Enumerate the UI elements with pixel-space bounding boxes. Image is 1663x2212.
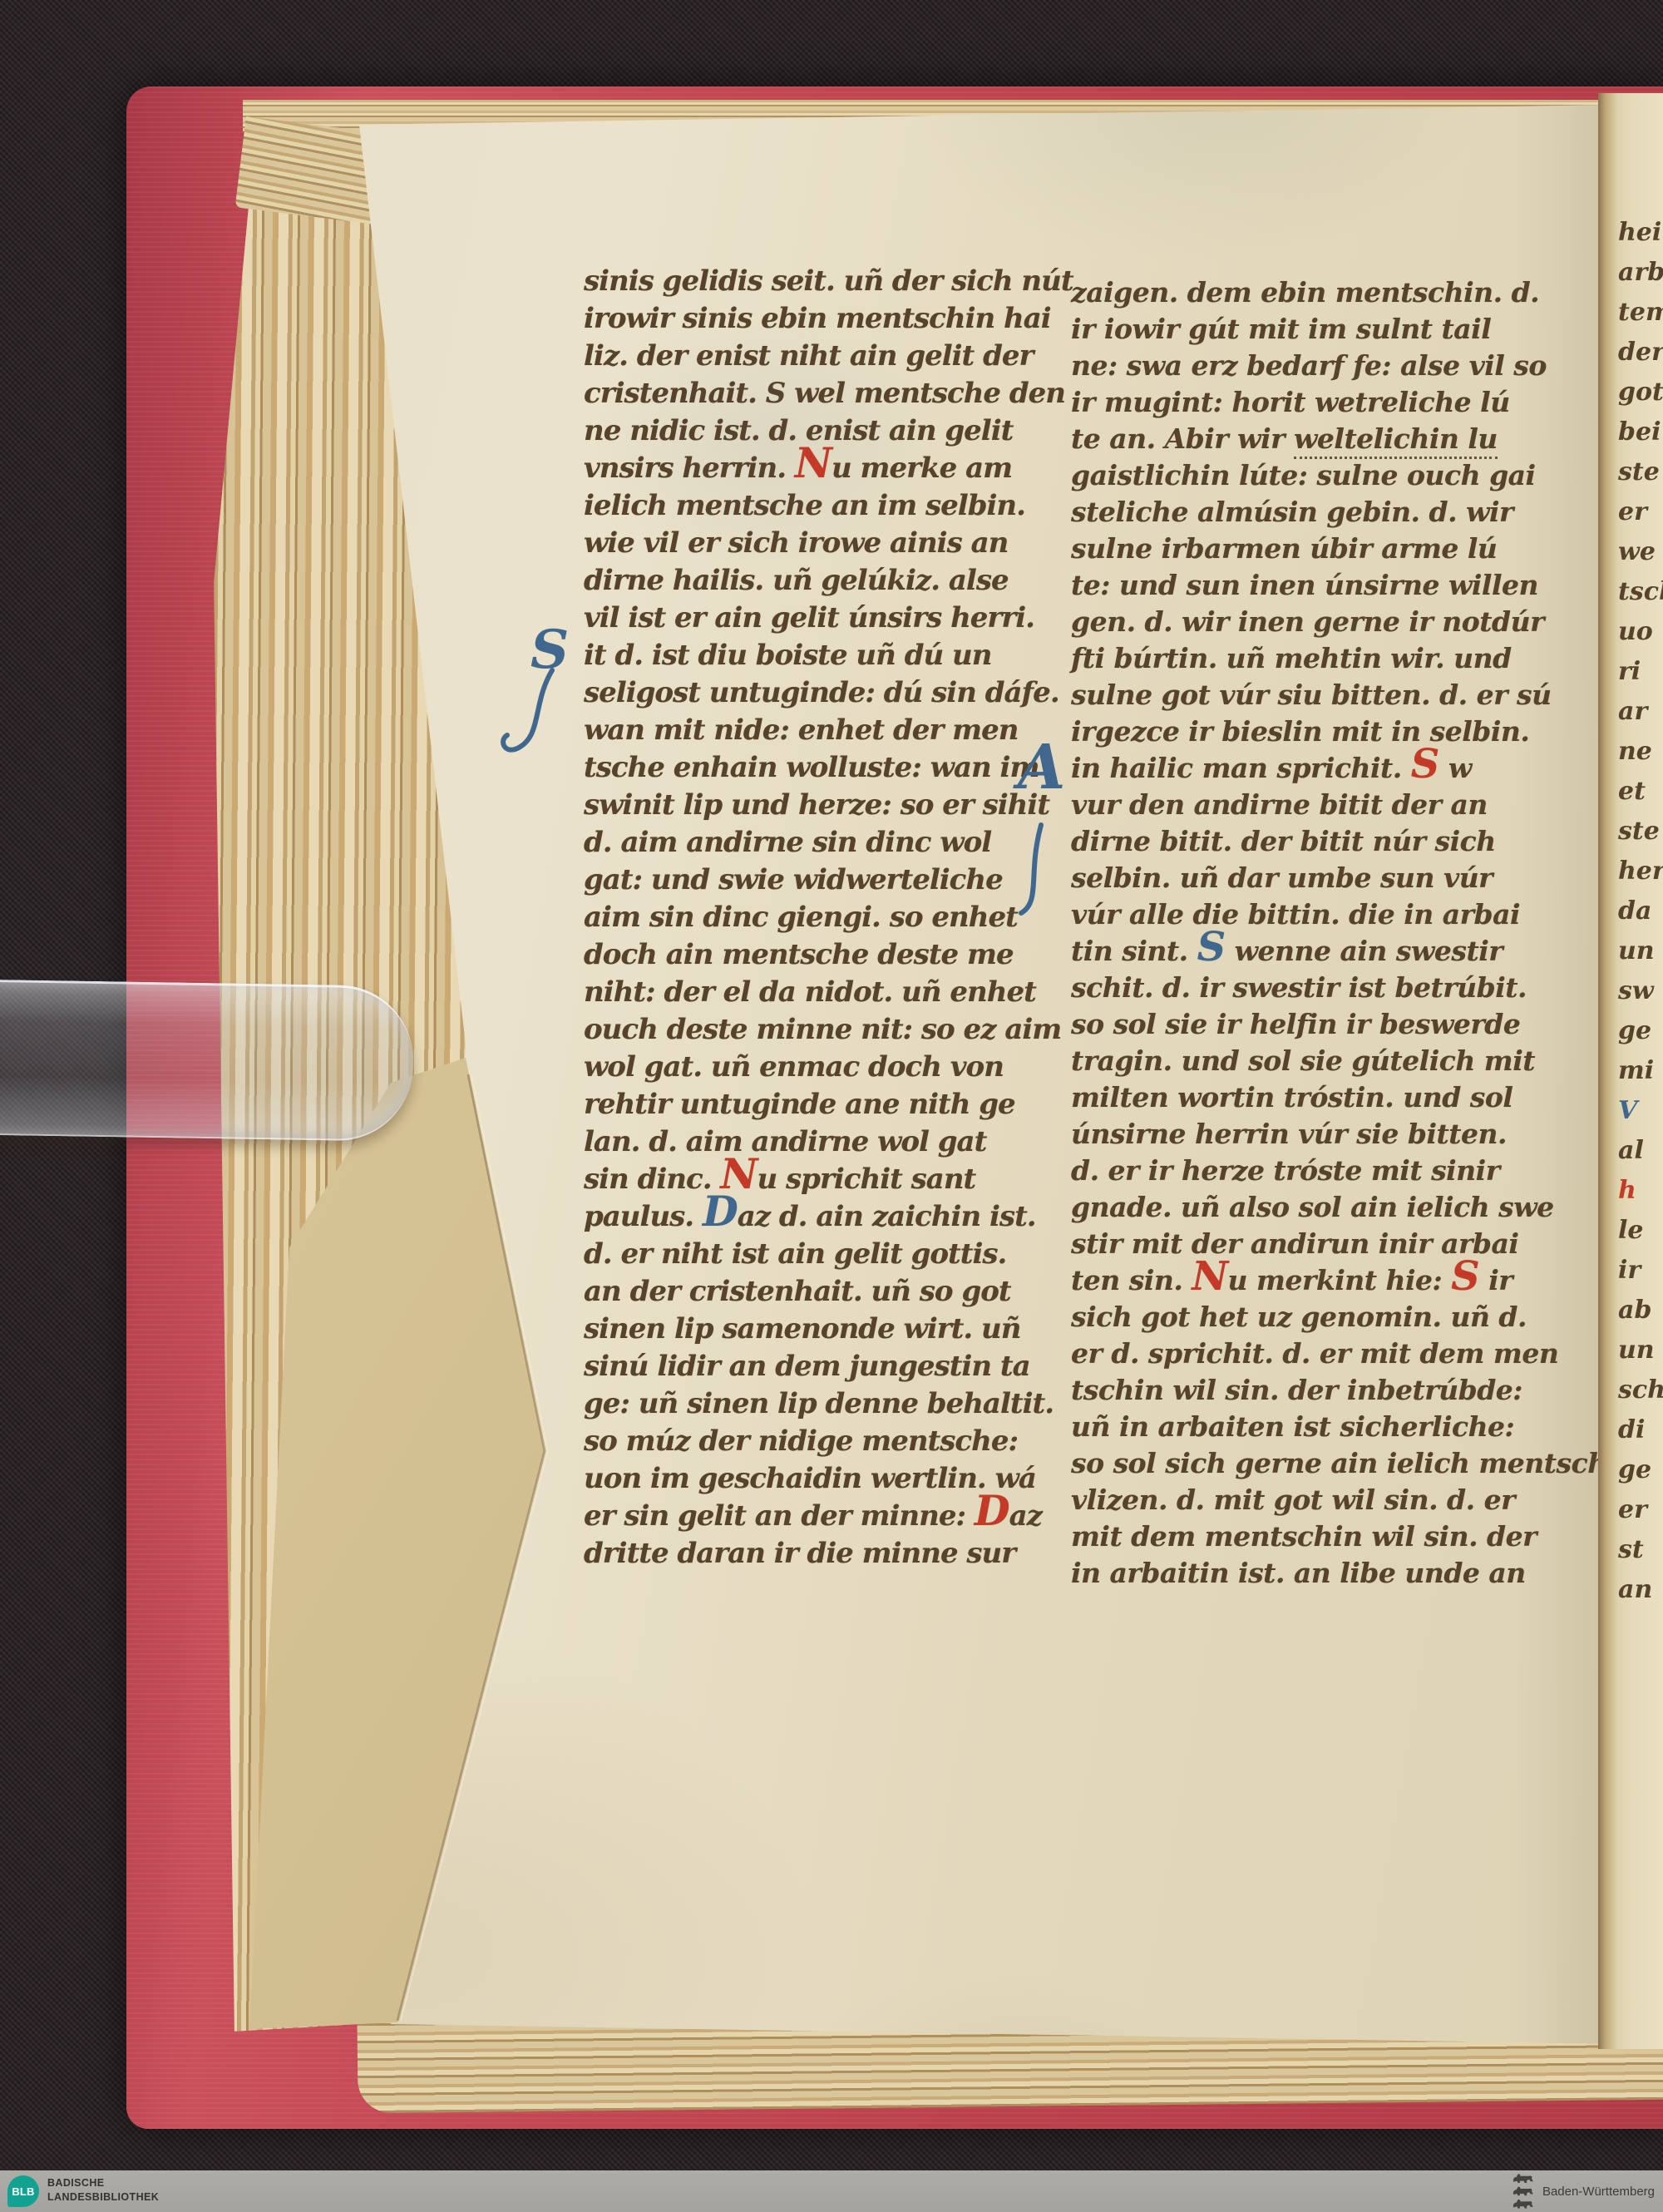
ms-line: sinen lip samenonde wirt. uñ — [584, 1312, 1020, 1345]
ms-text: tsche enhain wolluste: wan im — [584, 751, 1039, 784]
ms-line: sulne irbarmen úbir arme lú — [1071, 532, 1497, 565]
ms-line: te an. Abir wir weltelichin lu — [1071, 422, 1498, 455]
ms-line: d. er niht ist ain gelit gottis. — [584, 1237, 1006, 1271]
ms-line: gen. d. wir inen gerne ir notdúr — [1071, 605, 1544, 638]
facing-page-fragment: h — [1618, 1176, 1636, 1205]
ms-text: irowir sinis ebin mentschin hai — [584, 302, 1051, 335]
facing-page-fragment: sch — [1618, 1375, 1663, 1405]
ms-line: irgezce ir bieslin mit in selbin. — [1071, 715, 1529, 748]
ms-initial-red: h — [1618, 1176, 1636, 1205]
ms-text: ab — [1618, 1296, 1651, 1325]
ms-text: tschin wil sin. der inbetrúbde: — [1071, 1374, 1522, 1406]
facing-page-fragment: un — [1618, 936, 1655, 965]
ms-text: ge — [1618, 1455, 1651, 1484]
ms-text: vur den andirne bitit der an — [1071, 788, 1488, 821]
ms-initial-dot: weltelichin lu — [1294, 422, 1498, 459]
facing-page-fragment: ne — [1618, 737, 1652, 766]
ms-line: swinit lip und herze: so er sihit — [584, 788, 1049, 822]
ms-line: sinis gelidis seit. uñ der sich nút — [584, 264, 1073, 298]
ms-line: mit dem mentschin wil sin. der — [1071, 1520, 1537, 1553]
ms-text: ir iowir gút mit im sulnt tail — [1071, 313, 1491, 345]
ms-text: ir — [1479, 1264, 1512, 1296]
region-label: Baden-Württemberg — [1542, 2185, 1655, 2199]
ms-text: al — [1618, 1136, 1644, 1165]
facing-page-fragment: uo — [1618, 617, 1653, 646]
ms-line: niht: der el da nidot. uñ enhet — [584, 975, 1036, 1009]
ms-text: vlizen. d. mit got wil sin. d. er — [1071, 1484, 1515, 1516]
ms-text: in hailic man sprichit. — [1071, 752, 1411, 784]
ms-text: sinis gelidis seit. uñ der sich nút — [584, 264, 1073, 298]
ms-text: lan. d. aim andirne wol gat — [584, 1125, 986, 1158]
ms-line: dirne bitit. der bitit núr sich — [1071, 825, 1496, 857]
ms-text: seligost untuginde: dú sin dáfe. — [584, 676, 1059, 709]
ms-text: er sin gelit an der minne: — [584, 1499, 975, 1533]
ms-text: ten sin. — [1071, 1264, 1192, 1296]
facing-page-fragment: tsch — [1618, 577, 1663, 606]
ms-line: tsche enhain wolluste: wan im — [584, 751, 1039, 784]
ms-text: er — [1618, 1495, 1647, 1524]
ms-text: un — [1618, 1336, 1655, 1365]
ms-initial-blue: V — [1618, 1096, 1637, 1125]
ms-text: er d. sprichit. d. er mit dem men — [1071, 1337, 1558, 1370]
ms-line: te: und sun inen únsirne willen — [1071, 569, 1538, 601]
facing-page-fragment: arb — [1618, 258, 1663, 287]
ms-text: da — [1618, 896, 1651, 926]
ms-line: paulus. Daz d. ain zaichin ist. — [584, 1200, 1036, 1233]
ms-text: gaistlichin lúte: sulne ouch gai — [1071, 459, 1536, 491]
facing-page-fragment: ste — [1618, 817, 1660, 846]
ms-line: d. er ir herze tróste mit sinir — [1071, 1154, 1500, 1187]
ms-initial-red: N — [795, 439, 831, 487]
ms-text: az — [1009, 1499, 1042, 1533]
ms-text: gnade. uñ also sol ain ielich swe — [1071, 1191, 1554, 1223]
ms-text: bei — [1618, 417, 1661, 447]
ms-text: sin dinc. — [584, 1163, 720, 1196]
facing-page-fragment: an — [1618, 1575, 1652, 1604]
ms-text: dritte daran ir die minne sur — [584, 1537, 1015, 1570]
facing-page-fragment: un — [1618, 1336, 1655, 1365]
ms-text: vúr alle die bittin. die in arbai — [1071, 898, 1520, 931]
ms-line: uon im geschaidin wertlin. wá — [584, 1462, 1036, 1495]
ms-text: aim sin dinc giengi. so enhet — [584, 901, 1018, 934]
ms-text: sinen lip samenonde wirt. uñ — [584, 1312, 1020, 1345]
ms-line: gat: und swie widwerteliche — [584, 863, 1003, 896]
facing-page-fragment: ir — [1618, 1256, 1641, 1285]
ms-line: aim sin dinc giengi. so enhet — [584, 901, 1018, 934]
ms-text: et — [1618, 777, 1646, 806]
ms-text: selbin. uñ dar umbe sun vúr — [1071, 862, 1493, 894]
ms-initial-red: S — [1451, 1253, 1479, 1300]
ms-line: it d. ist diu boiste uñ dú un — [584, 639, 991, 672]
ms-text: uon im geschaidin wertlin. wá — [584, 1462, 1036, 1495]
ms-initial-red: N — [1192, 1253, 1227, 1300]
margin-initial-s: S — [530, 619, 569, 681]
facing-page-fragment: mi — [1618, 1056, 1654, 1085]
ms-line: vlizen. d. mit got wil sin. d. er — [1071, 1484, 1515, 1516]
ms-line: fti búrtin. uñ mehtin wir. und — [1071, 642, 1512, 674]
library-name: BADISCHE LANDESBIBLIOTHEK — [47, 2176, 159, 2205]
ms-line: er d. sprichit. d. er mit dem men — [1071, 1337, 1558, 1370]
ms-line: cristenhait. S wel mentsche den — [584, 377, 1065, 410]
ms-text: liz. der enist niht ain gelit der — [584, 339, 1033, 373]
facing-page-fragment: ge — [1618, 1016, 1651, 1045]
ms-text: ge: uñ sinen lip denne behaltit. — [584, 1387, 1054, 1420]
ms-line: dirne hailis. uñ gelúkiz. alse — [584, 564, 1009, 597]
ms-text: an der cristenhait. uñ so got — [584, 1275, 1011, 1308]
footer-right: Baden-Württemberg — [1511, 2170, 1655, 2212]
ms-text: un — [1618, 936, 1655, 965]
facing-page-fragment: et — [1618, 777, 1646, 806]
ms-line: milten wortin tróstin. und sol — [1071, 1081, 1512, 1113]
ms-line: sinú lidir an dem jungestin ta — [584, 1350, 1030, 1383]
ms-text: swinit lip und herze: so er sihit — [584, 788, 1049, 822]
ms-text: sich got het uz genomin. uñ d. — [1071, 1301, 1527, 1333]
library-name-line1: BADISCHE — [47, 2176, 159, 2190]
ms-text: we — [1618, 537, 1656, 566]
ms-text: te an. Abir wir — [1071, 422, 1294, 455]
ms-line: únsirne herrin vúr sie bitten. — [1071, 1118, 1507, 1150]
ms-initial-red: D — [975, 1487, 1009, 1535]
ms-text: dirne bitit. der bitit núr sich — [1071, 825, 1496, 857]
ms-text: d. er ir herze tróste mit sinir — [1071, 1154, 1500, 1187]
facing-page-fragment: hei — [1618, 218, 1661, 247]
ms-text: so sol sie ir helfin ir beswerde — [1071, 1008, 1520, 1040]
ms-text: steliche almúsin gebin. d. wir — [1071, 496, 1513, 528]
footer-bar: BLB BADISCHE LANDESBIBLIOTHEK Baden-Würt… — [0, 2170, 1663, 2212]
ms-text: u sprichit sant — [757, 1163, 975, 1196]
ms-text: d. aim andirne sin dinc wol — [584, 826, 991, 859]
facing-page-fragment: st — [1618, 1535, 1644, 1564]
ms-text: wan mit nide: enhet der men — [584, 713, 1018, 747]
ms-text: er — [1618, 497, 1647, 526]
facing-page-fragment: tem — [1618, 298, 1663, 327]
transparent-page-holder-strip — [0, 980, 414, 1142]
ms-line: gaistlichin lúte: sulne ouch gai — [1071, 459, 1536, 491]
ms-initial-blue: S — [1197, 924, 1226, 970]
facing-page-fragment: di — [1618, 1415, 1645, 1444]
facing-page-fragment: her — [1618, 857, 1663, 886]
ms-line: lan. d. aim andirne wol gat — [584, 1125, 986, 1158]
ms-text: sinú lidir an dem jungestin ta — [584, 1350, 1030, 1383]
ms-line: so sol sie ir helfin ir beswerde — [1071, 1008, 1520, 1040]
ms-line: ielich mentsche an im selbin. — [584, 489, 1025, 522]
ms-line: sulne got vúr siu bitten. d. er sú — [1071, 679, 1552, 711]
ms-text: schit. d. ir swestir ist betrúbit. — [1071, 971, 1527, 1004]
ms-text: vil ist er ain gelit únsirs herri. — [584, 601, 1034, 634]
ms-text: ge — [1618, 1016, 1651, 1045]
ms-line: vil ist er ain gelit únsirs herri. — [584, 601, 1034, 634]
ms-text: wenne ain swestir — [1226, 935, 1503, 967]
ms-line: vnsirs herrin. Nu merke am — [584, 452, 1012, 485]
ms-text: ouch deste minne nit: so ez aim — [584, 1013, 1061, 1046]
ms-text: vnsirs herrin. — [584, 452, 795, 485]
ms-text: irgezce ir bieslin mit in selbin. — [1071, 715, 1529, 748]
ms-line: ir mugint: horit wetreliche lú — [1071, 386, 1510, 418]
facing-page-fragment: sw — [1618, 976, 1654, 1005]
ms-text: u merkint hie: — [1228, 1264, 1452, 1296]
ms-line: er sin gelit an der minne: Daz — [584, 1499, 1042, 1533]
facing-page-fragment: le — [1618, 1216, 1643, 1245]
facing-page-fragment: der — [1618, 338, 1663, 367]
ms-text: her — [1618, 857, 1663, 886]
ms-text: niht: der el da nidot. uñ enhet — [584, 975, 1036, 1009]
facing-page-fragment: er — [1618, 1495, 1647, 1524]
facing-page-text-fragments: heiarbtemdergotbeisteerwetschuoriarneets… — [1618, 218, 1663, 1648]
ms-text: der — [1618, 338, 1663, 367]
ms-line: selbin. uñ dar umbe sun vúr — [1071, 862, 1493, 894]
ms-text: so múz der nidige mentsche: — [584, 1424, 1018, 1458]
ms-text: sulne got vúr siu bitten. d. er sú — [1071, 679, 1552, 711]
digitized-manuscript-photo: sinis gelidis seit. uñ der sich nútirowi… — [0, 0, 1663, 2212]
ms-line: tschin wil sin. der inbetrúbde: — [1071, 1374, 1522, 1406]
ms-line: ten sin. Nu merkint hie: S ir — [1071, 1264, 1512, 1296]
ms-text: paulus. — [584, 1200, 703, 1233]
facing-page-fragment: we — [1618, 537, 1656, 566]
ms-text: u merke am — [831, 452, 1012, 485]
ms-text: got — [1618, 378, 1663, 407]
ms-line: vúr alle die bittin. die in arbai — [1071, 898, 1520, 931]
ms-text: uo — [1618, 617, 1653, 646]
ms-text: mi — [1618, 1056, 1654, 1085]
ms-text: doch ain mentsche deste me — [584, 938, 1014, 971]
ms-text: ar — [1618, 697, 1647, 726]
ms-line: wol gat. uñ enmac doch von — [584, 1050, 1004, 1084]
ms-line: tin sint. S wenne ain swestir — [1071, 935, 1503, 967]
ms-text: rehtir untuginde ane nith ge — [584, 1088, 1015, 1121]
facing-page-fragment: ste — [1618, 457, 1660, 486]
ms-text: ielich mentsche an im selbin. — [584, 489, 1025, 522]
ms-text: sch — [1618, 1375, 1663, 1405]
ms-text: it d. ist diu boiste uñ dú un — [584, 639, 991, 672]
facing-page-fragment: ar — [1618, 697, 1647, 726]
ms-text: te: und sun inen únsirne willen — [1071, 569, 1538, 601]
ms-text: gat: und swie widwerteliche — [584, 863, 1003, 896]
ms-line: wie vil er sich irowe ainis an — [584, 526, 1008, 560]
ms-line: sin dinc. Nu sprichit sant — [584, 1163, 975, 1196]
ms-text: tragin. und sol sie gútelich mit — [1071, 1044, 1535, 1077]
ms-text: le — [1618, 1216, 1643, 1245]
ms-line: sich got het uz genomin. uñ d. — [1071, 1301, 1527, 1333]
ms-text: ir mugint: horit wetreliche lú — [1071, 386, 1510, 418]
ms-text: gen. d. wir inen gerne ir notdúr — [1071, 605, 1544, 638]
ms-text: ste — [1618, 817, 1660, 846]
facing-page-fragment: er — [1618, 497, 1647, 526]
facing-page-fragment: ge — [1618, 1455, 1651, 1484]
ms-line: liz. der enist niht ain gelit der — [584, 339, 1033, 373]
ms-text: tsch — [1618, 577, 1663, 606]
ms-line: so múz der nidige mentsche: — [584, 1424, 1018, 1458]
facing-page-fragment: da — [1618, 896, 1651, 926]
ms-text: so sol sich gerne ain ielich mentsch — [1071, 1447, 1607, 1479]
ms-text: di — [1618, 1415, 1645, 1444]
ms-text: in arbaitin ist. an libe unde an — [1071, 1557, 1526, 1589]
ms-line: an der cristenhait. uñ so got — [584, 1275, 1011, 1308]
ms-text: az d. ain zaichin ist. — [738, 1200, 1036, 1233]
ms-text: tem — [1618, 298, 1663, 327]
blb-logo: BLB — [7, 2175, 39, 2207]
ms-line: ouch deste minne nit: so ez aim — [584, 1013, 1061, 1046]
ms-line: seligost untuginde: dú sin dáfe. — [584, 676, 1059, 709]
ms-text: an — [1618, 1575, 1652, 1604]
ms-text: st — [1618, 1535, 1644, 1564]
ms-line: uñ in arbaiten ist sicherliche: — [1071, 1410, 1514, 1443]
ms-initial-blue: D — [703, 1187, 738, 1236]
library-name-line2: LANDESBIBLIOTHEK — [47, 2190, 159, 2205]
ms-text: fti búrtin. uñ mehtin wir. und — [1071, 642, 1512, 674]
ms-text: ste — [1618, 457, 1660, 486]
ms-text: ir — [1618, 1256, 1641, 1285]
ms-line: dritte daran ir die minne sur — [584, 1537, 1015, 1570]
ms-text: zaigen. dem ebin mentschin. d. — [1071, 276, 1539, 309]
facing-page-fragment: V — [1618, 1096, 1637, 1125]
ms-text: mit dem mentschin wil sin. der — [1071, 1520, 1537, 1553]
ms-line: irowir sinis ebin mentschin hai — [584, 302, 1051, 335]
ms-line: rehtir untuginde ane nith ge — [584, 1088, 1015, 1121]
margin-initial-a: A — [1018, 732, 1065, 803]
ms-text: w — [1439, 752, 1472, 784]
ms-line: in hailic man sprichit. S w — [1071, 752, 1472, 784]
facing-page-fragment: ab — [1618, 1296, 1651, 1325]
ms-text: ne — [1618, 737, 1652, 766]
ms-text: d. er niht ist ain gelit gottis. — [584, 1237, 1006, 1271]
blb-logo-text: BLB — [12, 2185, 34, 2198]
ms-line: d. aim andirne sin dinc wol — [584, 826, 991, 859]
ms-text: dirne hailis. uñ gelúkiz. alse — [584, 564, 1009, 597]
ms-text: sw — [1618, 976, 1654, 1005]
ms-text: tin sint. — [1071, 935, 1197, 967]
ms-text: wol gat. uñ enmac doch von — [584, 1050, 1004, 1084]
ms-line: in arbaitin ist. an libe unde an — [1071, 1557, 1526, 1589]
ms-text: sulne irbarmen úbir arme lú — [1071, 532, 1497, 565]
facing-page-fragment: ri — [1618, 657, 1641, 686]
ms-line: gnade. uñ also sol ain ielich swe — [1071, 1191, 1554, 1223]
ms-initial-red: S — [1411, 741, 1439, 788]
ms-text: milten wortin tróstin. und sol — [1071, 1081, 1512, 1113]
ms-text: hei — [1618, 218, 1661, 247]
ms-text: ne: swa erz bedarf fe: alse vil so — [1071, 349, 1547, 382]
ms-line: vur den andirne bitit der an — [1071, 788, 1488, 821]
ms-line: steliche almúsin gebin. d. wir — [1071, 496, 1513, 528]
ms-text: uñ in arbaiten ist sicherliche: — [1071, 1410, 1514, 1443]
facing-page-fragment: got — [1618, 378, 1663, 407]
ms-line: wan mit nide: enhet der men — [584, 713, 1018, 747]
ms-line: ir iowir gút mit im sulnt tail — [1071, 313, 1491, 345]
ms-line: ne: swa erz bedarf fe: alse vil so — [1071, 349, 1547, 382]
ms-text: wie vil er sich irowe ainis an — [584, 526, 1008, 560]
ms-line: zaigen. dem ebin mentschin. d. — [1071, 276, 1539, 309]
ms-line: doch ain mentsche deste me — [584, 938, 1014, 971]
facing-page-fragment: al — [1618, 1136, 1644, 1165]
baden-wuerttemberg-lions-icon — [1511, 2172, 1536, 2210]
ms-line: so sol sich gerne ain ielich mentsch — [1071, 1447, 1607, 1479]
ms-text: únsirne herrin vúr sie bitten. — [1071, 1118, 1507, 1150]
ms-text: ri — [1618, 657, 1641, 686]
ms-line: ge: uñ sinen lip denne behaltit. — [584, 1387, 1054, 1420]
ms-text: arb — [1618, 258, 1663, 287]
facing-page-fragment: bei — [1618, 417, 1661, 447]
ms-line: schit. d. ir swestir ist betrúbit. — [1071, 971, 1527, 1004]
ms-line: tragin. und sol sie gútelich mit — [1071, 1044, 1535, 1077]
ms-text: cristenhait. S wel mentsche den — [584, 377, 1065, 410]
